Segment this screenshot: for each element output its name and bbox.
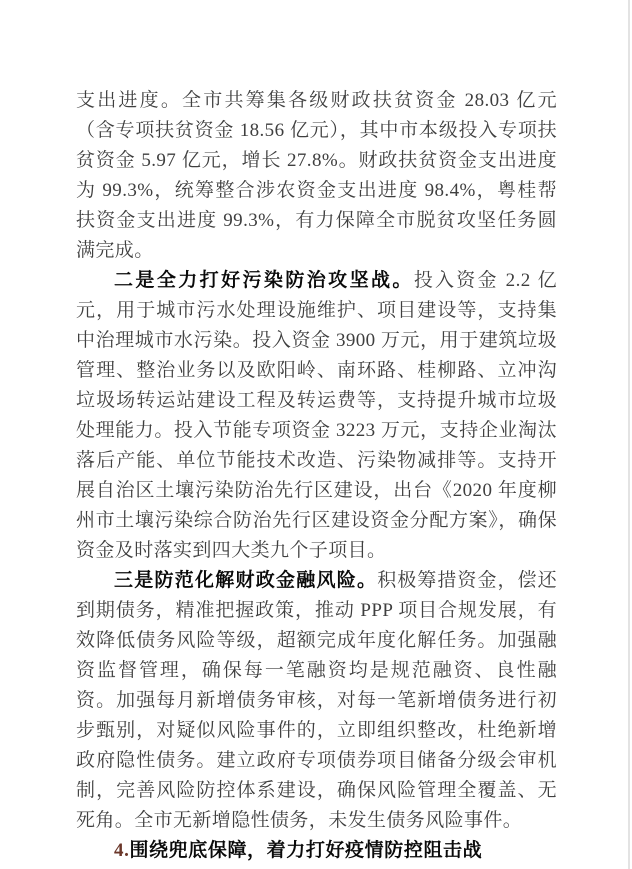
- paragraph-poverty-alleviation-funds-text: 支出进度。全市共筹集各级财政扶贫资金 28.03 亿元（含专项扶贫资金 18.5…: [76, 90, 557, 261]
- heading-section-4-epidemic-prevention: 4.围绕兜底保障，着力打好疫情防控阻击战: [76, 836, 557, 866]
- paragraph-financial-risk-text: 积极筹措资金，偿还到期债务，精准把握政策，推动 PPP 项目合规发展，有效降低债…: [76, 570, 557, 831]
- heading-section-4-number: 4.: [114, 840, 129, 861]
- paragraph-pollution-control: 二是全力打好污染防治攻坚战。投入资金 2.2 亿元，用于城市污水处理设施维护、项…: [76, 266, 557, 566]
- paragraph-poverty-alleviation-funds: 支出进度。全市共筹集各级财政扶贫资金 28.03 亿元（含专项扶贫资金 18.5…: [76, 86, 557, 266]
- paragraph-pollution-control-text: 投入资金 2.2 亿元，用于城市污水处理设施维护、项目建设等，支持集中治理城市水…: [76, 270, 557, 561]
- paragraph-financial-risk: 三是防范化解财政金融风险。积极筹措资金，偿还到期债务，精准把握政策，推动 PPP…: [76, 566, 557, 836]
- document-page: 支出进度。全市共筹集各级财政扶贫资金 28.03 亿元（含专项扶贫资金 18.5…: [0, 0, 632, 869]
- document-text-block: 支出进度。全市共筹集各级财政扶贫资金 28.03 亿元（含专项扶贫资金 18.5…: [76, 86, 557, 866]
- paragraph-pollution-control-lead: 二是全力打好污染防治攻坚战。: [114, 270, 414, 291]
- paragraph-financial-risk-lead: 三是防范化解财政金融风险。: [114, 570, 377, 591]
- heading-section-4-text: 围绕兜底保障，着力打好疫情防控阻击战: [129, 840, 482, 861]
- page-right-edge-line: [628, 0, 630, 869]
